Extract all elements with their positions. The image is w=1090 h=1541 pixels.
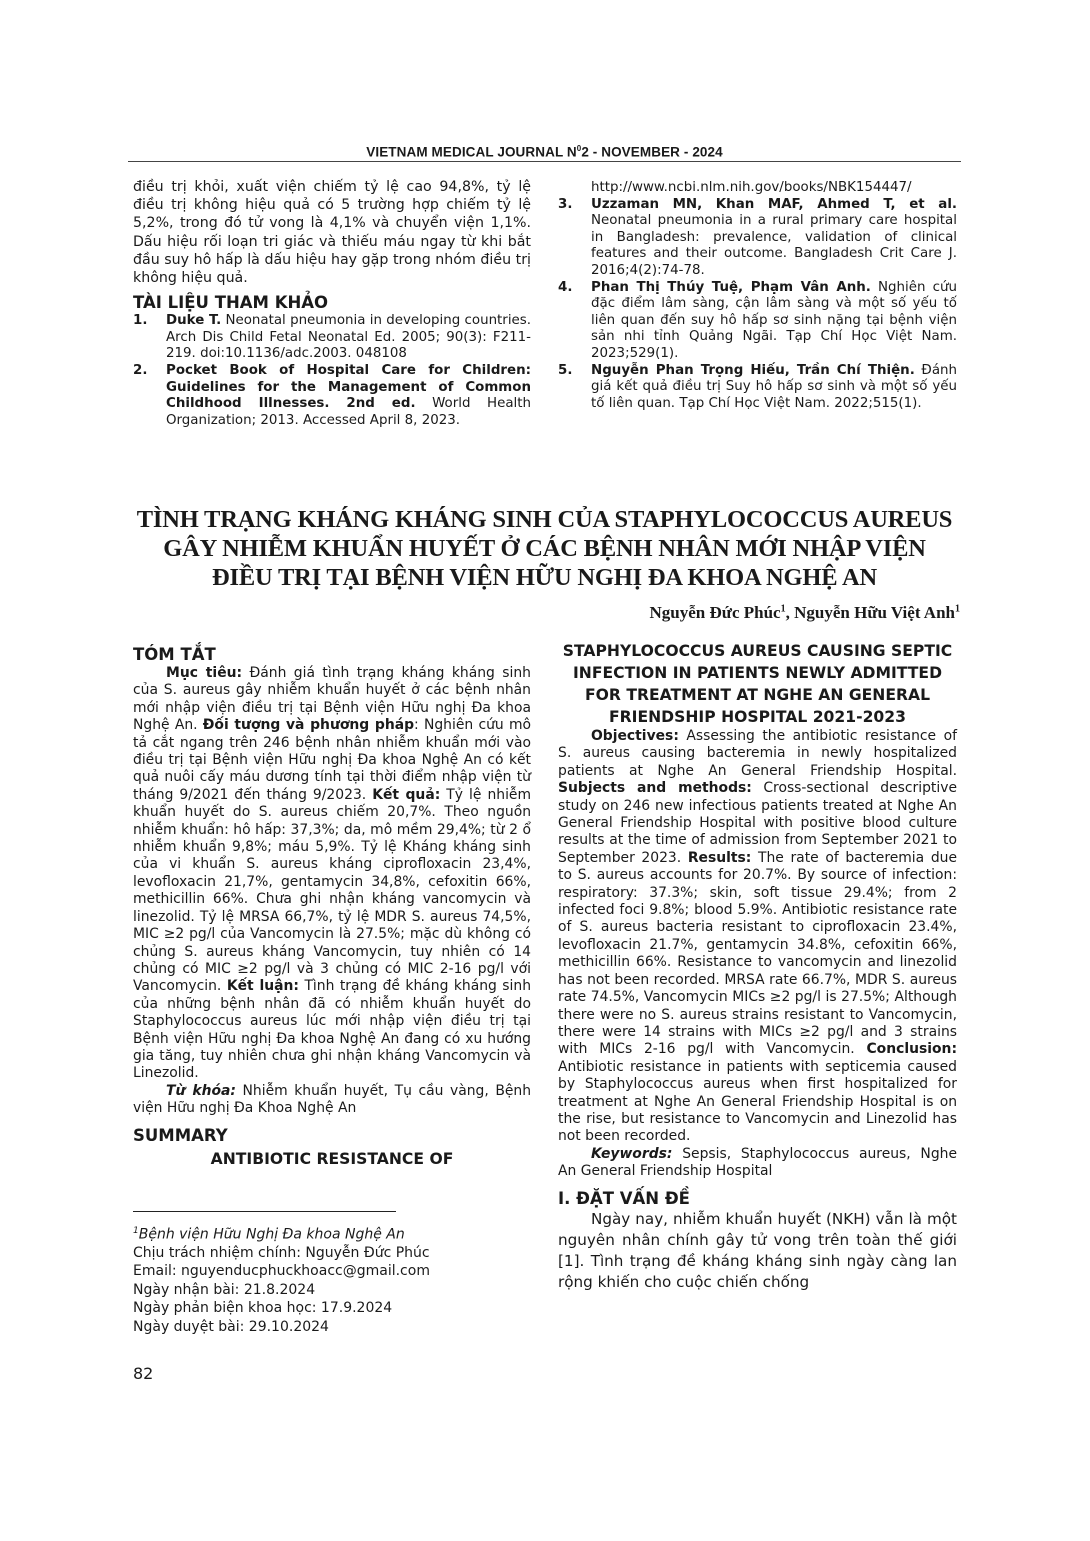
abstract-vn-body: Mục tiêu: Đánh giá tình trạng kháng khán… (133, 665, 531, 1083)
journal-page: VIETNAM MEDICAL JOURNAL N02 - NOVEMBER -… (0, 0, 1090, 1541)
summary-title-part1: ANTIBIOTIC RESISTANCE OF (133, 1148, 531, 1170)
summary-en-body: Objectives: Assessing the antibiotic res… (558, 728, 957, 1146)
abstract-vn-heading: TÓM TẮT (133, 645, 531, 665)
summary-title-part2: STAPHYLOCOCCUS AUREUS CAUSING SEPTIC INF… (558, 640, 957, 728)
email[interactable]: Email: nguyenducphuckhoacc@gmail.com (133, 1262, 533, 1280)
prev-article-right-column: http://www.ncbi.nlm.nih.gov/books/NBK154… (558, 180, 957, 412)
accepted-date: Ngày duyệt bài: 29.10.2024 (133, 1318, 533, 1336)
title-line: ĐIỀU TRỊ TẠI BỆNH VIỆN HỮU NGHỊ ĐA KHOA … (128, 563, 961, 592)
references-heading: TÀI LIỆU THAM KHẢO (133, 293, 531, 313)
responsible-author: Chịu trách nhiệm chính: Nguyễn Đức Phúc (133, 1244, 533, 1262)
author-list: Nguyễn Đức Phúc1, Nguyễn Hữu Việt Anh1 (650, 603, 961, 623)
title-line: TÌNH TRẠNG KHÁNG KHÁNG SINH CỦA STAPHYLO… (128, 505, 961, 534)
header-rule (128, 161, 961, 162)
footnote: 1Bệnh viện Hữu Nghị Đa khoa Nghệ An Chịu… (133, 1222, 533, 1336)
reference-item: 2.Pocket Book of Hospital Care for Child… (133, 363, 531, 429)
affiliation: 1Bệnh viện Hữu Nghị Đa khoa Nghệ An (133, 1222, 533, 1244)
intro-heading: I. ĐẶT VẤN ĐỀ (558, 1189, 957, 1209)
abstract-vn-column: TÓM TẮT Mục tiêu: Đánh giá tình trạng kh… (133, 645, 531, 1170)
title-line: GÂY NHIỄM KHUẨN HUYẾT Ở CÁC BỆNH NHÂN MỚ… (128, 534, 961, 563)
running-header: VIETNAM MEDICAL JOURNAL N02 - NOVEMBER -… (128, 144, 961, 160)
article-title: TÌNH TRẠNG KHÁNG KHÁNG SINH CỦA STAPHYLO… (128, 505, 961, 592)
issue-info: 2 - NOVEMBER - 2024 (581, 145, 722, 160)
author-affiliation-mark: 1 (955, 603, 960, 614)
journal-name: VIETNAM MEDICAL JOURNAL N (366, 145, 577, 160)
reference-item: 1.Duke T. Neonatal pneumonia in developi… (133, 313, 531, 363)
prev-article-left-column: điều trị khỏi, xuất viện chiếm tỷ lệ cao… (133, 178, 531, 429)
intro-text: Ngày nay, nhiễm khuẩn huyết (NKH) vẫn là… (558, 1209, 957, 1293)
received-date: Ngày nhận bài: 21.8.2024 (133, 1281, 533, 1299)
footnote-rule (133, 1211, 396, 1212)
summary-heading: SUMMARY (133, 1126, 531, 1146)
reference-item: 5.Nguyễn Phan Trọng Hiếu, Trần Chí Thiện… (558, 363, 957, 413)
reference-item: 3.Uzzaman MN, Khan MAF, Ahmed T, et al. … (558, 197, 957, 280)
references-list-left: 1.Duke T. Neonatal pneumonia in developi… (133, 313, 531, 429)
reference-url[interactable]: http://www.ncbi.nlm.nih.gov/books/NBK154… (558, 180, 957, 197)
page-number: 82 (133, 1364, 153, 1383)
author-name: Nguyễn Hữu Việt Anh (794, 603, 955, 622)
reviewed-date: Ngày phản biện khoa học: 17.9.2024 (133, 1299, 533, 1317)
reference-item: 4.Phan Thị Thúy Tuệ, Phạm Vân Anh. Nghiê… (558, 280, 957, 363)
keywords-vn: Từ khóa: Nhiễm khuẩn huyết, Tụ cầu vàng,… (133, 1083, 531, 1118)
author-name: Nguyễn Đức Phúc (650, 603, 781, 622)
references-list-right: http://www.ncbi.nlm.nih.gov/books/NBK154… (558, 180, 957, 412)
summary-en-column: STAPHYLOCOCCUS AUREUS CAUSING SEPTIC INF… (558, 640, 957, 1293)
keywords-en: Keywords: Sepsis, Staphylococcus aureus,… (558, 1146, 957, 1181)
prev-conclusion-text: điều trị khỏi, xuất viện chiếm tỷ lệ cao… (133, 178, 531, 287)
